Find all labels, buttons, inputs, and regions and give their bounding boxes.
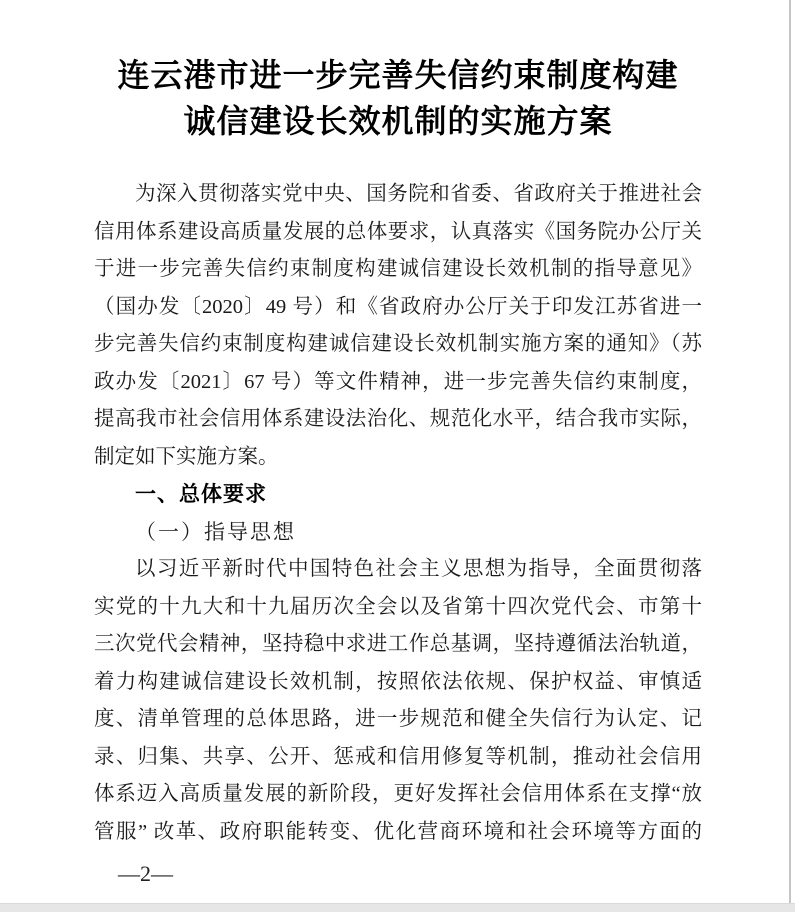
title-line-2: 诚信建设长效机制的实施方案 — [94, 98, 702, 144]
text-line: 体系迈入高质量发展的新阶段，更好发挥社会信用体系在支撑“放 — [94, 776, 702, 814]
text-line: 管服” 改革、政府职能转变、优化营商环境和社会环境等方面的 — [94, 814, 702, 852]
text-line: 为深入贯彻落实党中央、国务院和省委、省政府关于推进社会 — [94, 176, 702, 214]
text-line: 步完善失信约束制度构建诚信建设长效机制实施方案的通知》（苏 — [94, 326, 702, 364]
text-line: 提高我市社会信用体系建设法治化、规范化水平，结合我市实际， — [94, 401, 702, 439]
text-line: （国办发〔2020〕49 号）和《省政府办公厅关于印发江苏省进一 — [94, 289, 702, 327]
text-line: 信用体系建设高质量发展的总体要求，认真落实《国务院办公厅关 — [94, 214, 702, 252]
text-line: 着力构建诚信建设长效机制，按照依法依规、保护权益、审慎适 — [94, 664, 702, 702]
text-line: 实党的十九大和十九届历次全会以及省第十四次党代会、市第十 — [94, 589, 702, 627]
section-heading-overall-requirements: 一、总体要求 — [94, 476, 702, 514]
text-line: 以习近平新时代中国特色社会主义思想为指导，全面贯彻落 — [94, 551, 702, 589]
subsection-heading-guiding-ideology: （一）指导思想 — [94, 514, 702, 552]
text-line: 于进一步完善失信约束制度构建诚信建设长效机制的指导意见》 — [94, 251, 702, 289]
guiding-ideology-paragraph: 以习近平新时代中国特色社会主义思想为指导，全面贯彻落实党的十九大和十九届历次全会… — [94, 551, 702, 851]
document-title: 连云港市进一步完善失信约束制度构建 诚信建设长效机制的实施方案 — [94, 52, 702, 144]
text-line: 三次党代会精神，坚持稳中求进工作总基调，坚持遵循法治轨道， — [94, 626, 702, 664]
text-line: 度、清单管理的总体思路，进一步规范和健全失信行为认定、记 — [94, 701, 702, 739]
text-line: 政办发〔2021〕67 号）等文件精神，进一步完善失信约束制度， — [94, 364, 702, 402]
title-line-1: 连云港市进一步完善失信约束制度构建 — [94, 52, 702, 98]
intro-paragraph: 为深入贯彻落实党中央、国务院和省委、省政府关于推进社会信用体系建设高质量发展的总… — [94, 176, 702, 476]
text-line: 制定如下实施方案。 — [94, 439, 702, 477]
document-page: 连云港市进一步完善失信约束制度构建 诚信建设长效机制的实施方案 为深入贯彻落实党… — [0, 0, 795, 912]
scan-edge-right — [789, 0, 791, 912]
text-line: 录、归集、共享、公开、惩戒和信用修复等机制，推动社会信用 — [94, 739, 702, 777]
scan-edge-bottom — [0, 903, 795, 912]
page-number: —2— — [94, 861, 702, 887]
